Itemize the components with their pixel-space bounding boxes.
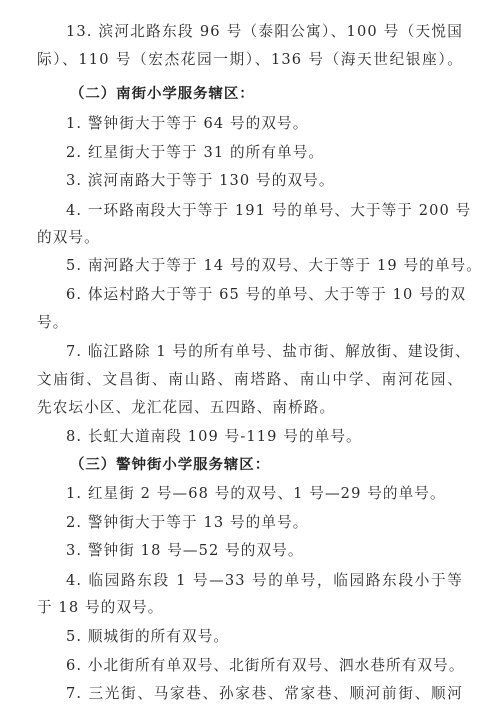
list-item: 4. 临园路东段 1 号—33 号的单号，临园路东段小于等 xyxy=(66,571,463,591)
list-item-continuation: 号。 xyxy=(37,313,68,333)
list-item: 2. 红星街大于等于 31 的所有单号。 xyxy=(66,143,324,163)
list-item: 1. 红星街 2 号—68 号的双号、1 号—29 号的单号。 xyxy=(66,484,446,504)
list-item-13-line1: 13. 滨河北路东段 96 号（泰阳公寓）、100 号（天悦国 xyxy=(66,22,463,42)
list-item: 5. 顺城街的所有双号。 xyxy=(66,627,229,647)
list-item-13-line2: 际）、110 号（宏杰花园一期）、136 号（海天世纪银座）。 xyxy=(37,50,463,70)
list-item-continuation: 的双号。 xyxy=(37,228,100,248)
list-item: 3. 警钟街 18 号—52 号的双号。 xyxy=(66,541,304,561)
list-item-continuation: 先农坛小区、龙汇花园、五四路、南桥路。 xyxy=(37,398,335,418)
list-item: 5. 南河路大于等于 14 号的双号、大于等于 19 号的单号。 xyxy=(66,256,463,276)
list-item: 7. 三光街、马家巷、孙家巷、常家巷、顺河前街、顺河 xyxy=(66,684,463,704)
list-item: 4. 一环路南段大于等于 191 号的单号、大于等于 200 号 xyxy=(66,201,463,221)
section-heading-jingzhongjie: （三）警钟街小学服务辖区： xyxy=(70,455,270,475)
list-item-continuation: 于 18 号的双号。 xyxy=(37,598,163,618)
list-item-continuation: 文庙街、文昌街、南山路、南塔路、南山中学、南河花园、 xyxy=(37,370,463,390)
section-heading-nanjie: （二）南街小学服务辖区： xyxy=(70,84,255,104)
list-item: 8. 长虹大道南段 109 号-119 号的单号。 xyxy=(66,427,362,447)
list-item: 3. 滨河南路大于等于 130 号的双号。 xyxy=(66,171,335,191)
list-item: 2. 警钟街大于等于 13 号的单号。 xyxy=(66,513,308,533)
document-page: 13. 滨河北路东段 96 号（泰阳公寓）、100 号（天悦国 际）、110 号… xyxy=(0,0,500,722)
list-item: 1. 警钟街大于等于 64 号的双号。 xyxy=(66,114,308,134)
list-item: 6. 体运村路大于等于 65 号的单号、大于等于 10 号的双 xyxy=(66,285,463,305)
list-item: 7. 临江路除 1 号的所有单号、盐市街、解放街、建设街、 xyxy=(66,342,463,362)
list-item: 6. 小北街所有单双号、北街所有双号、泗水巷所有双号。 xyxy=(66,656,463,676)
